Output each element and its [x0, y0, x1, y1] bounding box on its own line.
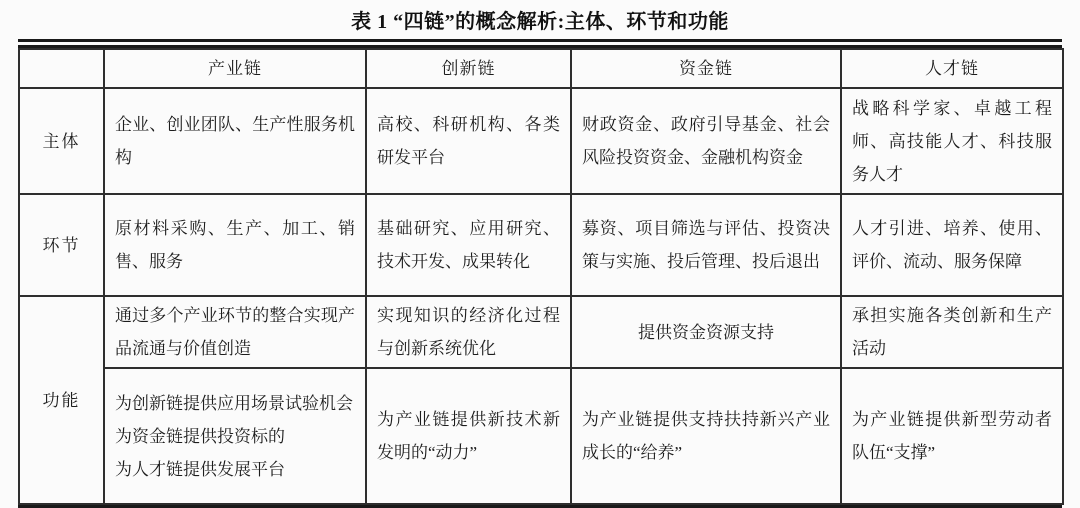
function-industry-item-2: 为资金链提供投资标的	[115, 420, 355, 453]
function-industry-item-1: 为创新链提供应用场景试验机会	[115, 387, 355, 420]
cell-function-bottom-industry: 为创新链提供应用场景试验机会 为资金链提供投资标的 为人才链提供发展平台	[104, 368, 366, 504]
row-header-subject: 主体	[19, 88, 104, 194]
cell-function-bottom-capital: 为产业链提供支持扶持新兴产业成长的“给养”	[571, 368, 841, 504]
cell-function-bottom-innovation: 为产业链提供新技术新发明的“动力”	[366, 368, 571, 504]
row-function-top: 功能 通过多个产业环节的整合实现产品流通与价值创造 实现知识的经济化过程与创新系…	[19, 296, 1063, 368]
cell-function-top-innovation: 实现知识的经济化过程与创新系统优化	[366, 296, 571, 368]
cell-links-talent: 人才引进、培养、使用、评价、流动、服务保障	[841, 194, 1063, 296]
cell-links-capital: 募资、项目筛选与评估、投资决策与实施、投后管理、投后退出	[571, 194, 841, 296]
col-header-talent-chain: 人才链	[841, 49, 1063, 88]
corner-cell	[19, 49, 104, 88]
row-header-function: 功能	[19, 296, 104, 504]
row-header-links: 环节	[19, 194, 104, 296]
row-function-bottom: 为创新链提供应用场景试验机会 为资金链提供投资标的 为人才链提供发展平台 为产业…	[19, 368, 1063, 504]
col-header-capital-chain: 资金链	[571, 49, 841, 88]
four-chains-table: 产业链 创新链 资金链 人才链 主体 企业、创业团队、生产性服务机构 高校、科研…	[18, 48, 1064, 505]
col-header-innovation-chain: 创新链	[366, 49, 571, 88]
cell-subject-industry: 企业、创业团队、生产性服务机构	[104, 88, 366, 194]
row-links: 环节 原材料采购、生产、加工、销售、服务 基础研究、应用研究、技术开发、成果转化…	[19, 194, 1063, 296]
row-subject: 主体 企业、创业团队、生产性服务机构 高校、科研机构、各类研发平台 财政资金、政…	[19, 88, 1063, 194]
cell-subject-capital: 财政资金、政府引导基金、社会风险投资资金、金融机构资金	[571, 88, 841, 194]
table-title: 表 1 “四链”的概念解析:主体、环节和功能	[0, 5, 1080, 34]
cell-function-top-industry: 通过多个产业环节的整合实现产品流通与价值创造	[104, 296, 366, 368]
cell-function-top-capital: 提供资金资源支持	[571, 296, 841, 368]
cell-function-top-talent: 承担实施各类创新和生产活动	[841, 296, 1063, 368]
cell-subject-talent: 战略科学家、卓越工程师、高技能人才、科技服务人才	[841, 88, 1063, 194]
col-header-industry-chain: 产业链	[104, 49, 366, 88]
cell-function-bottom-talent: 为产业链提供新型劳动者队伍“支撑”	[841, 368, 1063, 504]
header-row: 产业链 创新链 资金链 人才链	[19, 49, 1063, 88]
cell-links-industry: 原材料采购、生产、加工、销售、服务	[104, 194, 366, 296]
cell-links-innovation: 基础研究、应用研究、技术开发、成果转化	[366, 194, 571, 296]
cell-subject-innovation: 高校、科研机构、各类研发平台	[366, 88, 571, 194]
four-chains-table-wrapper: 产业链 创新链 资金链 人才链 主体 企业、创业团队、生产性服务机构 高校、科研…	[18, 39, 1062, 508]
function-industry-item-3: 为人才链提供发展平台	[115, 453, 355, 486]
